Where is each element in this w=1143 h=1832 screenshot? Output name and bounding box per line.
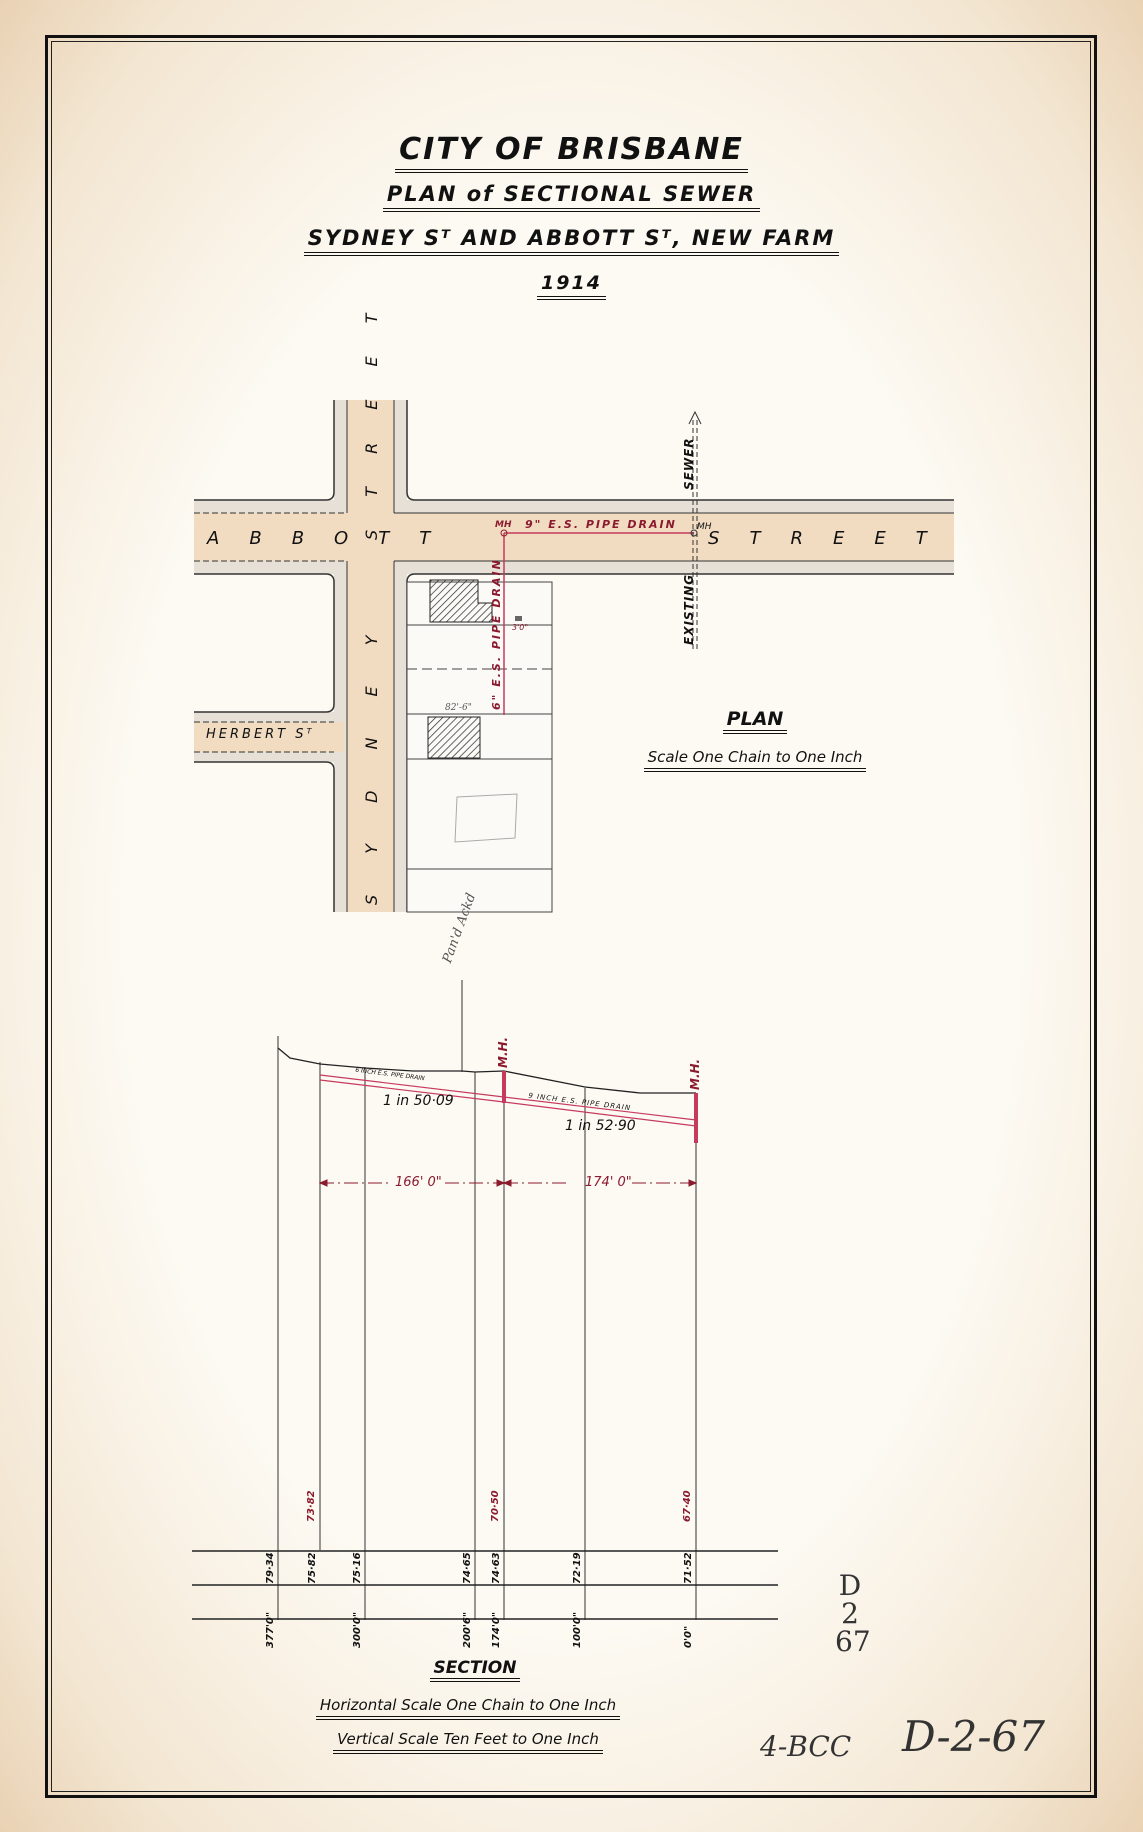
chainage: 377'0" bbox=[265, 1612, 276, 1648]
invert-level: 73·82 bbox=[306, 1490, 317, 1522]
dim-174: 174' 0" bbox=[585, 1175, 632, 1190]
invert-level: 70·50 bbox=[490, 1490, 501, 1522]
chainage: 100'0" bbox=[572, 1612, 583, 1648]
catalogue-number: 4-BCC bbox=[760, 1730, 851, 1763]
chainage: 174'0" bbox=[491, 1612, 502, 1648]
section-h-scale: Horizontal Scale One Chain to One Inch bbox=[308, 1696, 628, 1714]
drawing-number: D-2-67 bbox=[902, 1712, 1045, 1761]
surface-level: 74·63 bbox=[491, 1552, 502, 1584]
chainage: 0'0" bbox=[683, 1626, 694, 1648]
section-v-scale: Vertical Scale Ten Feet to One Inch bbox=[318, 1730, 618, 1748]
ref-stamp: D267 bbox=[835, 1572, 865, 1656]
gradient-2: 1 in 52·90 bbox=[565, 1118, 636, 1134]
dim-166: 166' 0" bbox=[395, 1175, 442, 1190]
invert-level: 67·40 bbox=[682, 1490, 693, 1522]
surface-level: 79·34 bbox=[265, 1552, 276, 1584]
surface-level: 71·52 bbox=[683, 1552, 694, 1584]
surface-level: 74·65 bbox=[462, 1552, 473, 1584]
surface-level: 75·16 bbox=[352, 1552, 363, 1584]
gradient-1: 1 in 50·09 bbox=[383, 1093, 454, 1109]
chainage: 200'6" bbox=[462, 1612, 473, 1648]
surface-level: 75·82 bbox=[307, 1552, 318, 1584]
section-heading: SECTION bbox=[420, 1658, 530, 1678]
section-mh-2: M.H. bbox=[688, 1059, 702, 1090]
section-mh-1: M.H. bbox=[496, 1037, 510, 1068]
surface-level: 72·19 bbox=[572, 1552, 583, 1584]
chainage: 300'0" bbox=[352, 1612, 363, 1648]
